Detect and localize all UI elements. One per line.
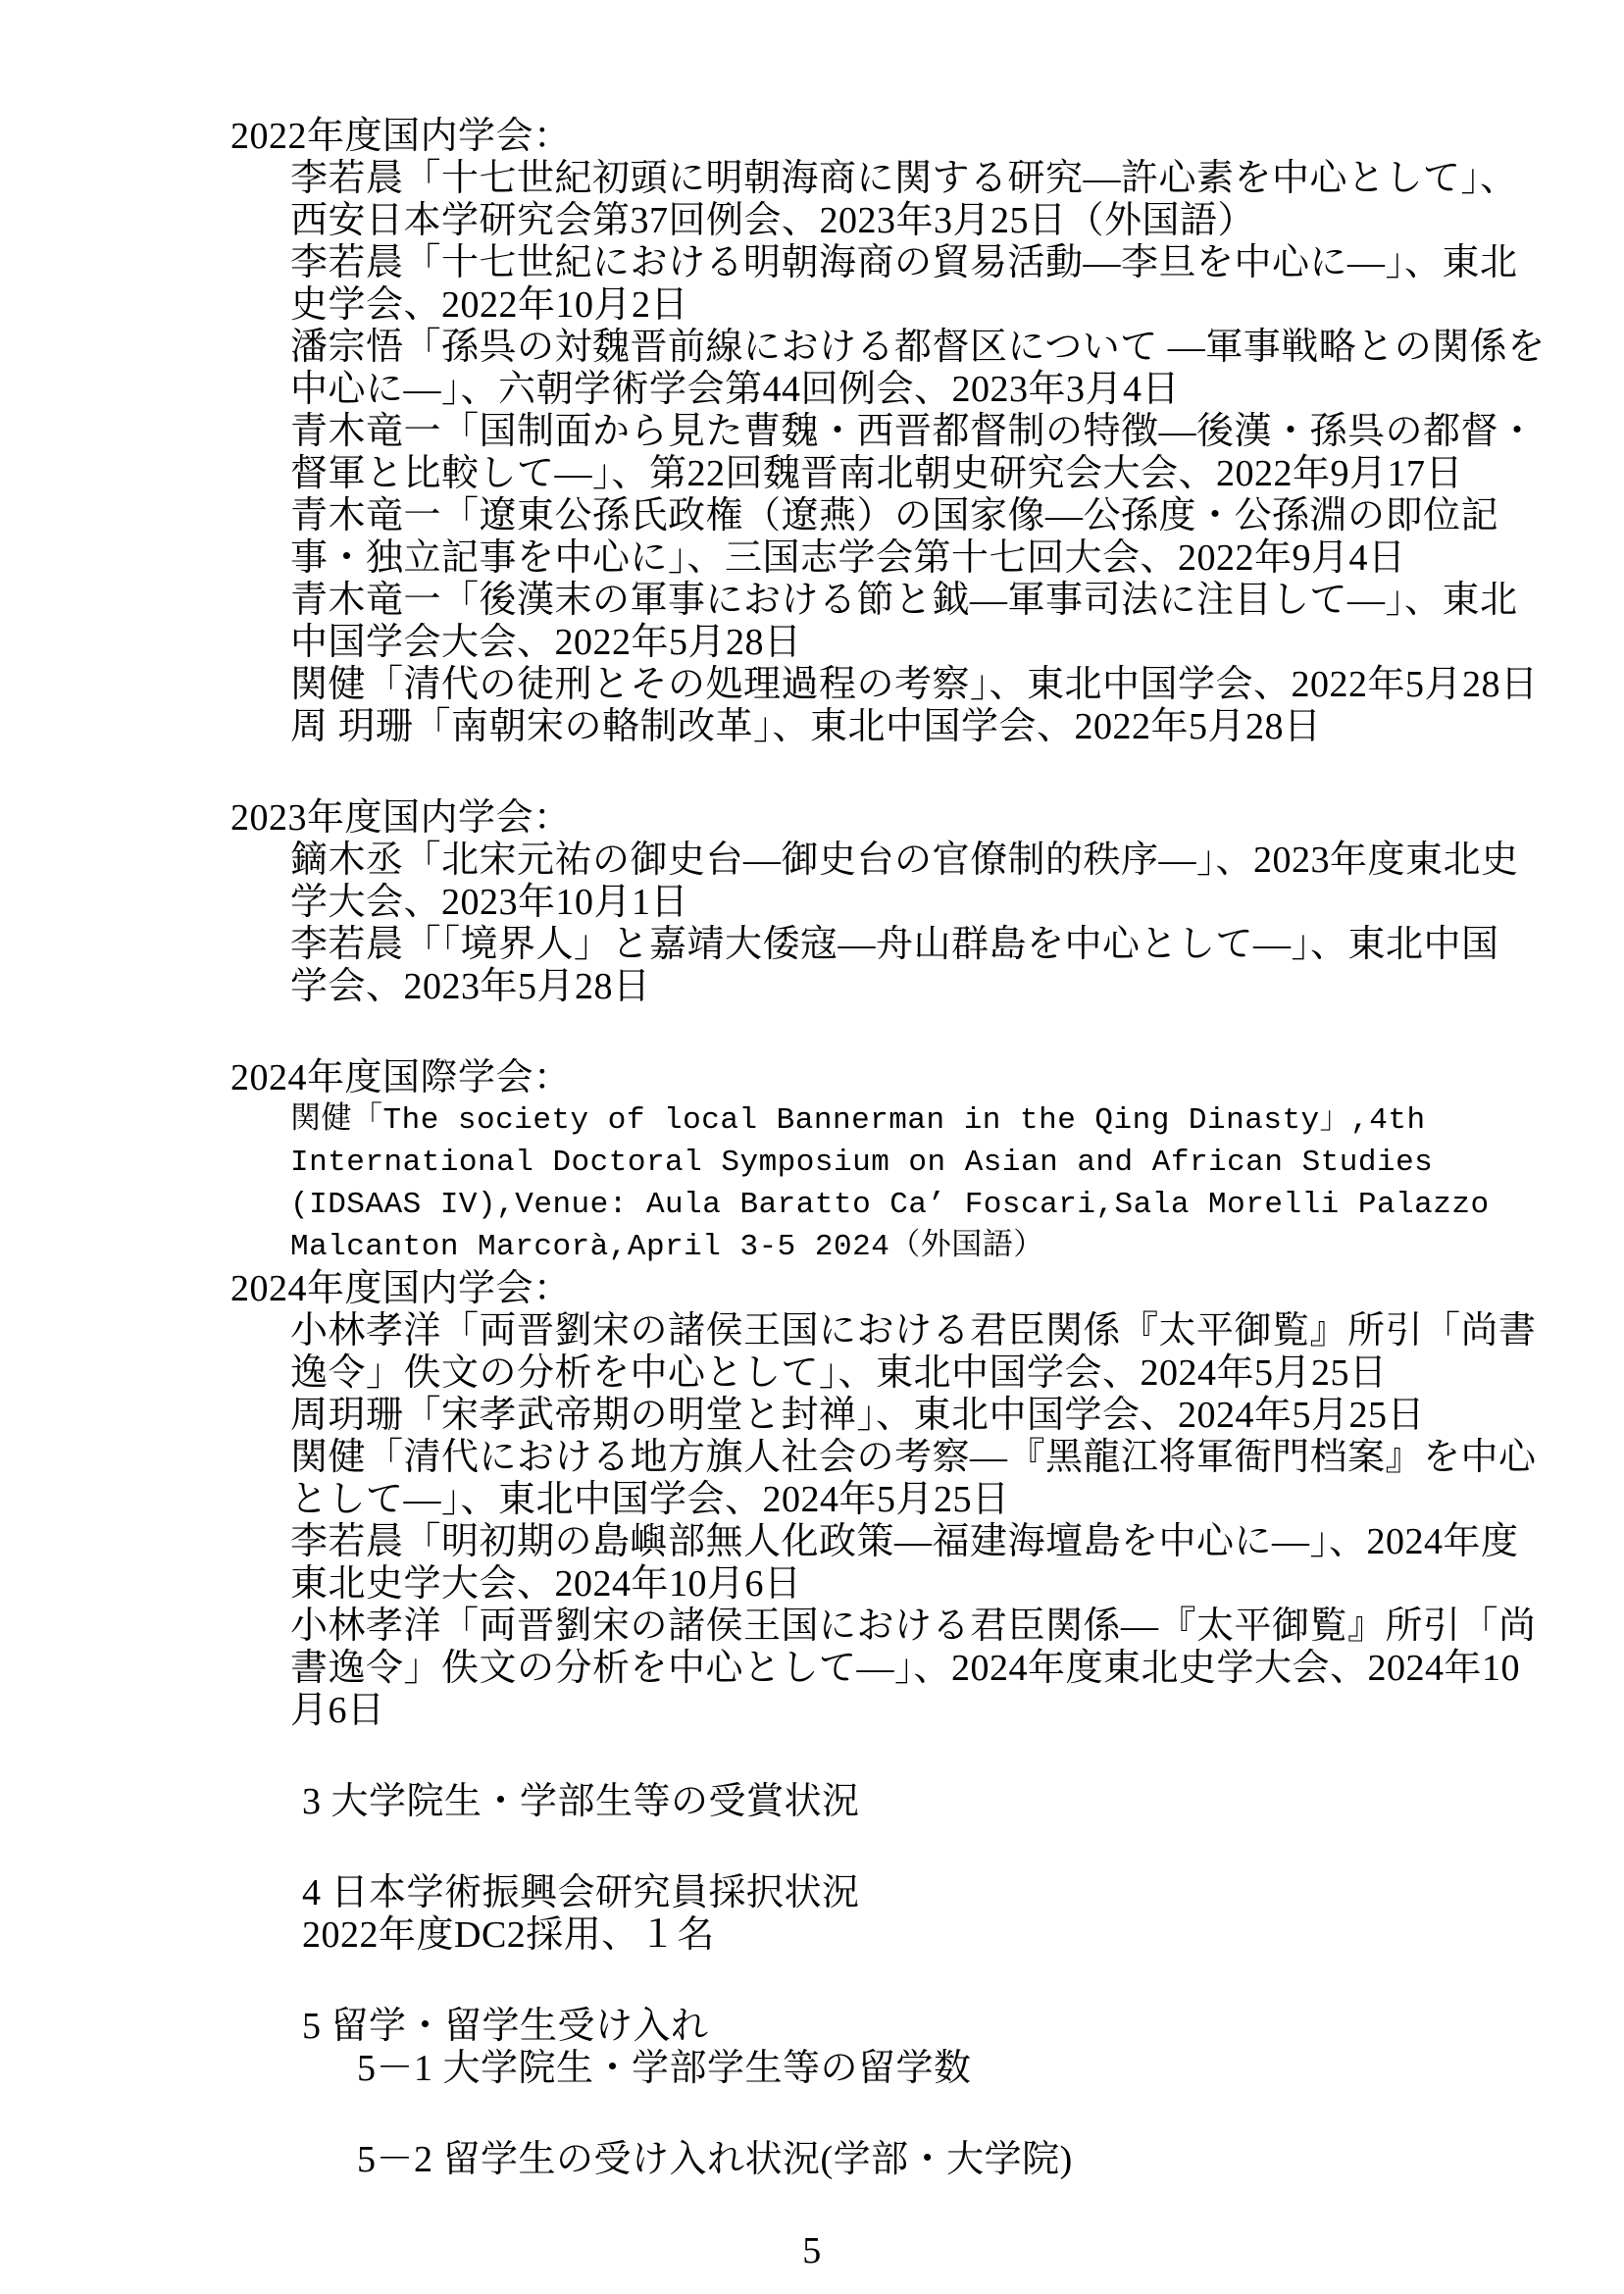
- entry-line: 事・独立記事を中心に」、三国志学会第十七回大会、2022年9月4日: [290, 537, 1624, 580]
- entry-line: 督軍と比較して―」、第22回魏晋南北朝史研究会大会、2022年9月17日: [290, 453, 1624, 495]
- entry-line: として―」、東北中国学会、2024年5月25日: [290, 1479, 1624, 1521]
- section-heading: 2022年度国内学会：: [230, 116, 1624, 158]
- line-gap: [0, 1732, 1624, 1781]
- page-number: 5: [0, 2230, 1624, 2272]
- entry-line: 史学会、2022年10月2日: [290, 284, 1624, 327]
- entry-line: 西安日本学研究会第37回例会、2023年3月25日（外国語）: [290, 200, 1624, 242]
- item-line: 5 留学・留学生受け入れ: [302, 2006, 1624, 2048]
- line-gap: [0, 1957, 1624, 2006]
- line-gap: [0, 1823, 1624, 1872]
- line-gap: [0, 2181, 1624, 2230]
- line-gap: [0, 748, 1624, 797]
- latin-entry-line: Malcanton Marcorà,April 3-5 2024（外国語）: [290, 1226, 1624, 1268]
- subitem-line: 5－1 大学院生・学部学生等の留学数: [357, 2048, 1624, 2090]
- latin-entry-line: 関健「The society of local Bannerman in the…: [290, 1099, 1624, 1142]
- item-line: 4 日本学術振興会研究員採択状況: [302, 1872, 1624, 1914]
- entry-line: 青木竜一「国制面から見た曹魏・西晋都督制の特徴―後漢・孫呉の都督・: [290, 411, 1624, 453]
- latin-entry-line: International Doctoral Symposium on Asia…: [290, 1142, 1624, 1184]
- entry-line: 李若晨「十七世紀における明朝海商の貿易活動―李旦を中心に―」、東北: [290, 242, 1624, 284]
- entry-line: 書逸令」佚文の分析を中心として―」、2024年度東北史学大会、2024年10: [290, 1648, 1624, 1690]
- entry-line: 小林孝洋「両晋劉宋の諸侯王国における君臣関係『太平御覧』所引「尚書: [290, 1310, 1624, 1352]
- document-body: 2022年度国内学会：李若晨「十七世紀初頭に明朝海商に関する研究―許心素を中心と…: [0, 116, 1624, 2230]
- line-gap: [0, 2090, 1624, 2139]
- entry-line: 周玥珊「宋孝武帝期の明堂と封禅」、東北中国学会、2024年5月25日: [290, 1395, 1624, 1437]
- entry-line: 関健「清代の徒刑とその処理過程の考察」、東北中国学会、2022年5月28日: [290, 664, 1624, 706]
- section-heading: 2024年度国際学会：: [230, 1057, 1624, 1099]
- entry-line: 関健「清代における地方旗人社会の考察―『黑龍江将軍衙門档案』を中心: [290, 1437, 1624, 1479]
- item-line: 2022年度DC2採用、１名: [302, 1914, 1624, 1957]
- entry-line: 小林孝洋「両晋劉宋の諸侯王国における君臣関係―『太平御覧』所引「尚: [290, 1606, 1624, 1648]
- entry-line: 逸令」佚文の分析を中心として」、東北中国学会、2024年5月25日: [290, 1352, 1624, 1395]
- item-line: 3 大学院生・学部生等の受賞状況: [302, 1781, 1624, 1823]
- entry-line: 青木竜一「遼東公孫氏政権（遼燕）の国家像―公孫度・公孫淵の即位記: [290, 495, 1624, 537]
- entry-line: 周 玥珊「南朝宋の輅制改革」、東北中国学会、2022年5月28日: [290, 706, 1624, 748]
- entry-line: 潘宗悟「孫呉の対魏晋前線における都督区について ―軍事戦略との関係を: [290, 327, 1624, 369]
- entry-line: 李若晨「明初期の島嶼部無人化政策―福建海壇島を中心に―」、2024年度: [290, 1521, 1624, 1563]
- document-page: 2022年度国内学会：李若晨「十七世紀初頭に明朝海商に関する研究―許心素を中心と…: [0, 0, 1624, 2272]
- entry-line: 李若晨「「境界人」と嘉靖大倭寇―舟山群島を中心として―」、東北中国: [290, 924, 1624, 966]
- entry-line: 中心に―」、六朝学術学会第44回例会、2023年3月4日: [290, 369, 1624, 411]
- section-heading: 2023年度国内学会：: [230, 797, 1624, 840]
- line-gap: [0, 1008, 1624, 1057]
- section-heading: 2024年度国内学会：: [230, 1268, 1624, 1310]
- entry-line: 李若晨「十七世紀初頭に明朝海商に関する研究―許心素を中心として」、: [290, 158, 1624, 200]
- entry-line: 学大会、2023年10月1日: [290, 882, 1624, 924]
- entry-line: 青木竜一「後漢末の軍事における節と鉞―軍事司法に注目して―」、東北: [290, 580, 1624, 622]
- entry-line: 鏑木丞「北宋元祐の御史台―御史台の官僚制的秩序―」、2023年度東北史: [290, 840, 1624, 882]
- entry-line: 学会、2023年5月28日: [290, 966, 1624, 1008]
- entry-line: 中国学会大会、2022年5月28日: [290, 622, 1624, 664]
- subitem-line: 5－2 留学生の受け入れ状況(学部・大学院): [357, 2139, 1624, 2181]
- latin-entry-line: (IDSAAS IV),Venue: Aula Baratto Ca’ Fosc…: [290, 1184, 1624, 1226]
- entry-line: 月6日: [290, 1690, 1624, 1732]
- entry-line: 東北史学大会、2024年10月6日: [290, 1563, 1624, 1606]
